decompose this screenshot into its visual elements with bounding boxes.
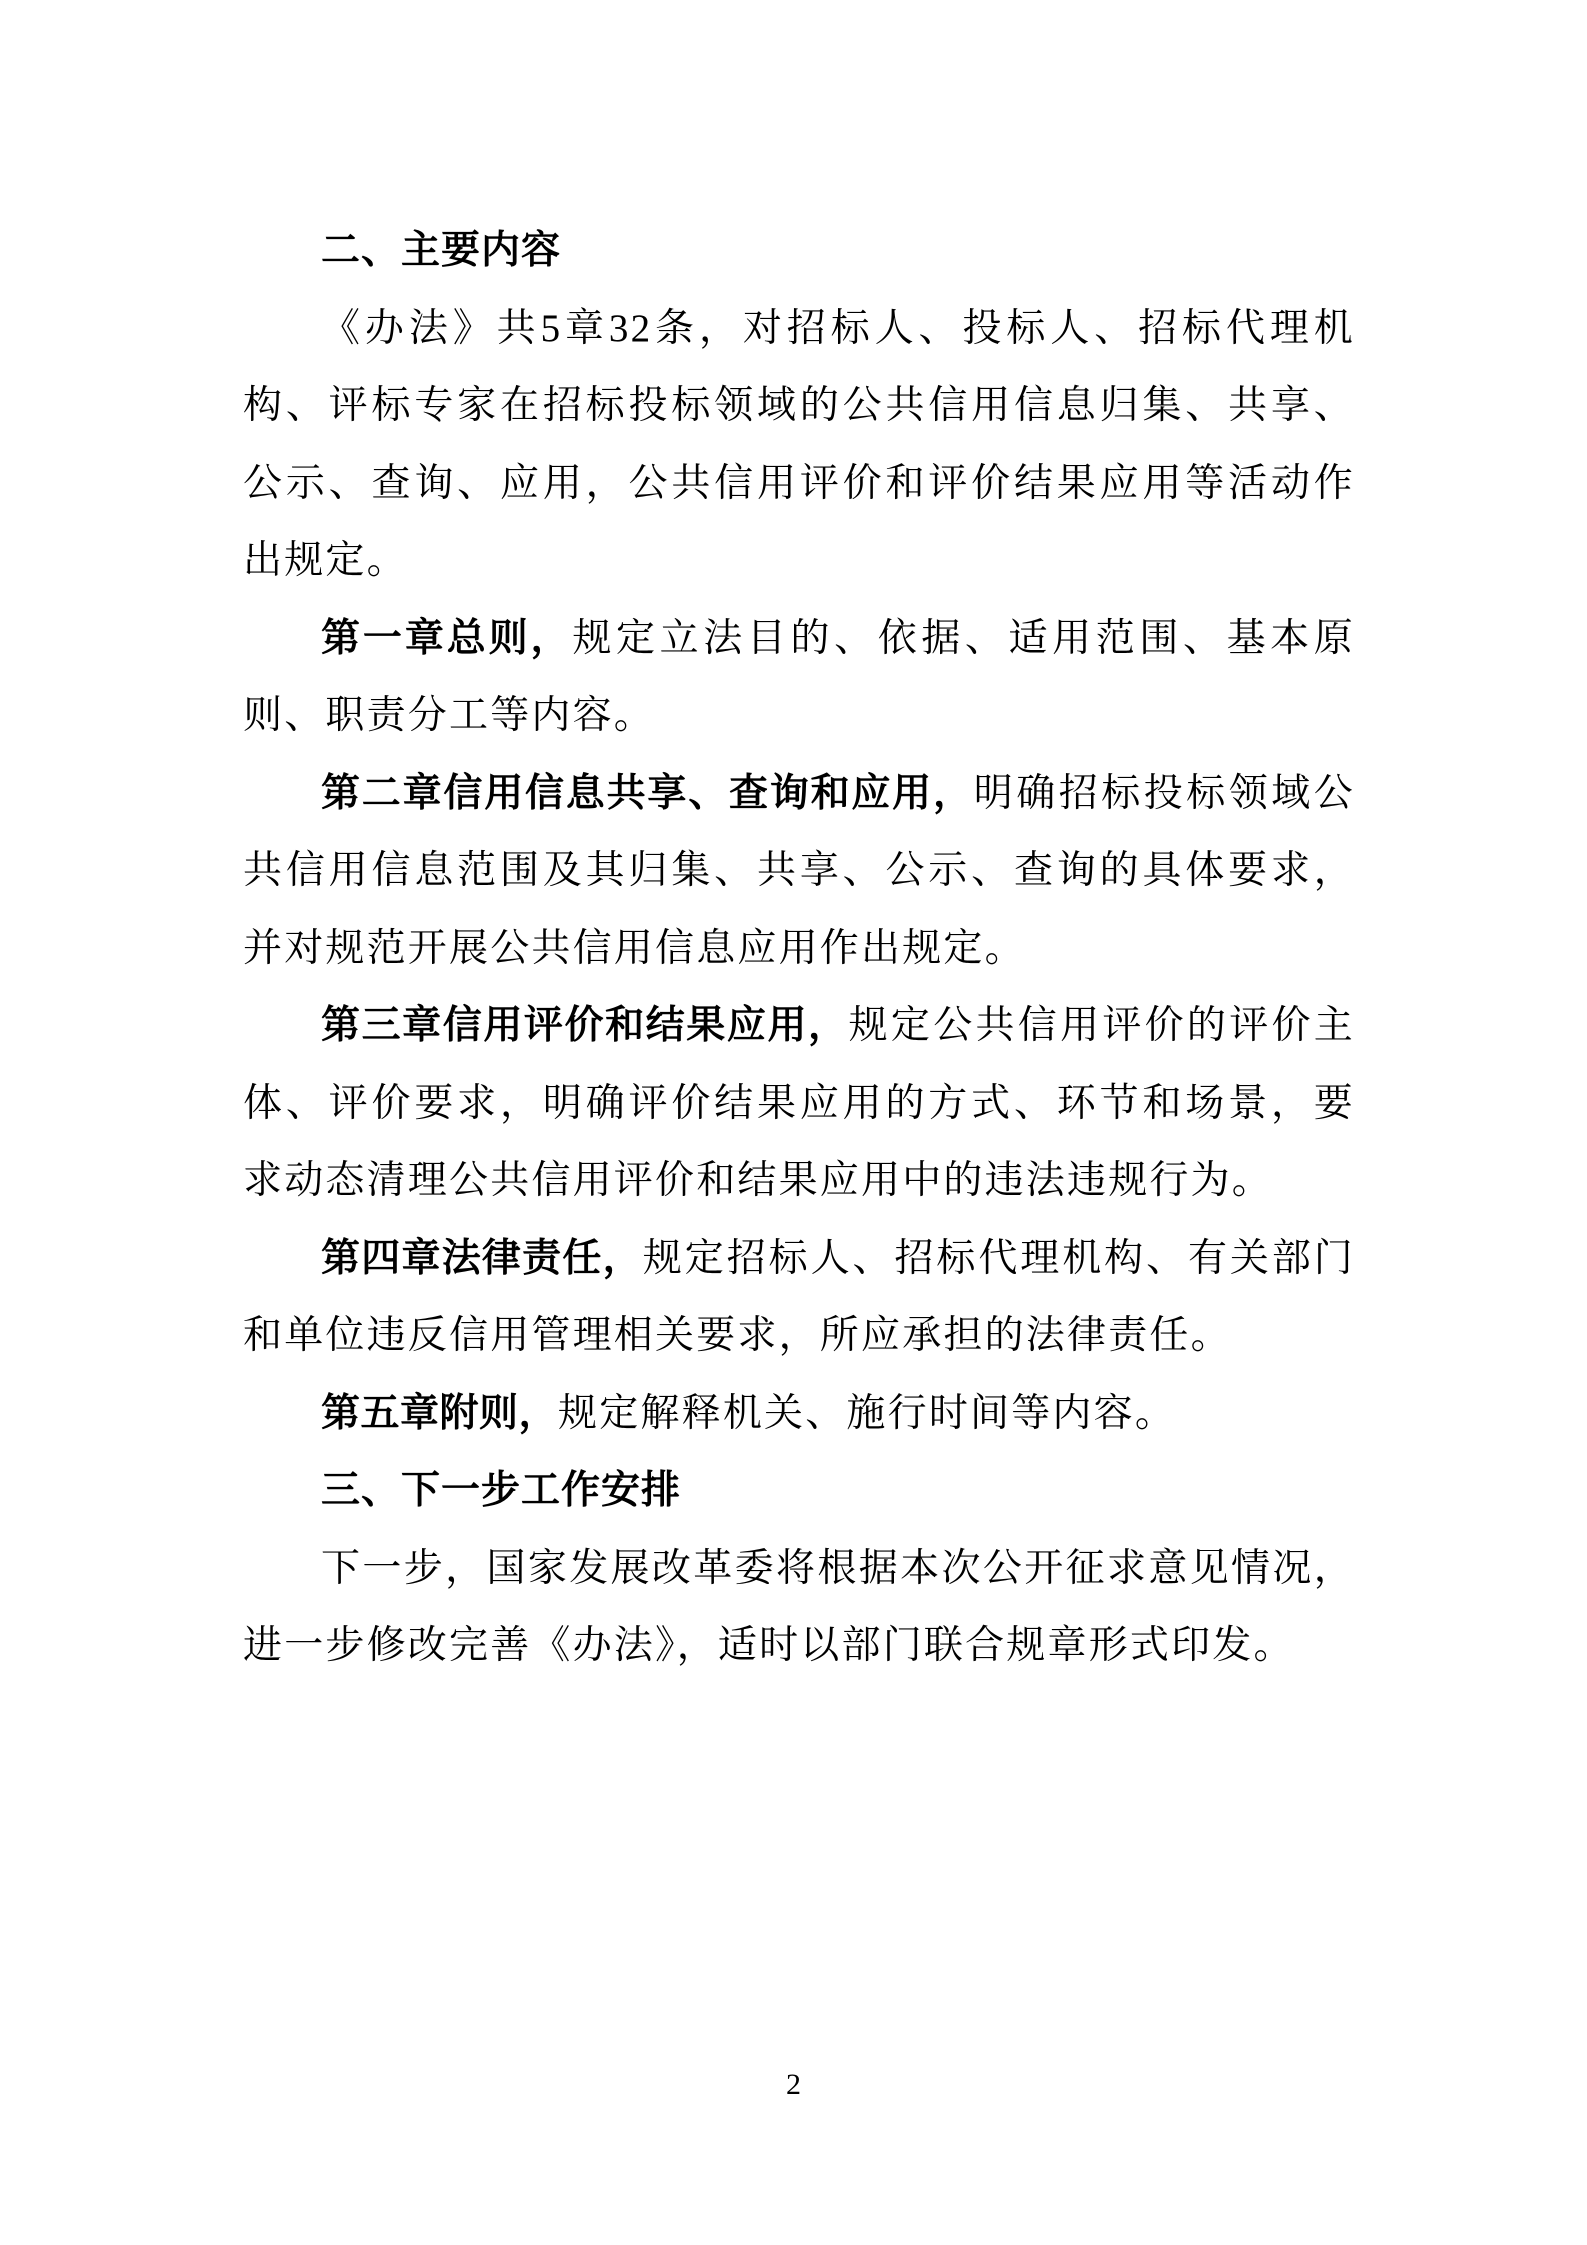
section-heading-main-content: 二、主要内容 [243, 212, 1355, 290]
chapter-4-paragraph: 第四章法律责任，规定招标人、招标代理机构、有关部门和单位违反信用管理相关要求，所… [243, 1220, 1355, 1375]
intro-paragraph: 《办法》共5章32条，对招标人、投标人、招标代理机构、评标专家在招标投标领域的公… [243, 290, 1355, 600]
chapter-3-paragraph: 第三章信用评价和结果应用，规定公共信用评价的评价主体、评价要求，明确评价结果应用… [243, 987, 1355, 1220]
chapter-2-paragraph: 第二章信用信息共享、查询和应用，明确招标投标领域公共信用信息范围及其归集、共享、… [243, 755, 1355, 988]
section-heading-next-steps: 三、下一步工作安排 [243, 1452, 1355, 1530]
chapter-1-paragraph: 第一章总则，规定立法目的、依据、适用范围、基本原则、职责分工等内容。 [243, 600, 1355, 755]
document-page: 二、主要内容 《办法》共5章32条，对招标人、投标人、招标代理机构、评标专家在招… [243, 212, 1355, 1685]
chapter-3-title: 第三章信用评价和结果应用， [321, 1003, 849, 1048]
chapter-5-title: 第五章附则， [321, 1391, 558, 1436]
chapter-5-body: 规定解释机关、施行时间等内容。 [558, 1392, 1176, 1435]
chapter-4-title: 第四章法律责任， [321, 1236, 643, 1281]
chapter-5-paragraph: 第五章附则，规定解释机关、施行时间等内容。 [243, 1375, 1355, 1453]
chapter-1-title: 第一章总则， [321, 616, 572, 661]
next-steps-paragraph: 下一步，国家发展改革委将根据本次公开征求意见情况，进一步修改完善《办法》，适时以… [243, 1530, 1355, 1685]
chapter-2-title: 第二章信用信息共享、查询和应用， [321, 771, 974, 816]
page-number: 2 [0, 2068, 1587, 2102]
